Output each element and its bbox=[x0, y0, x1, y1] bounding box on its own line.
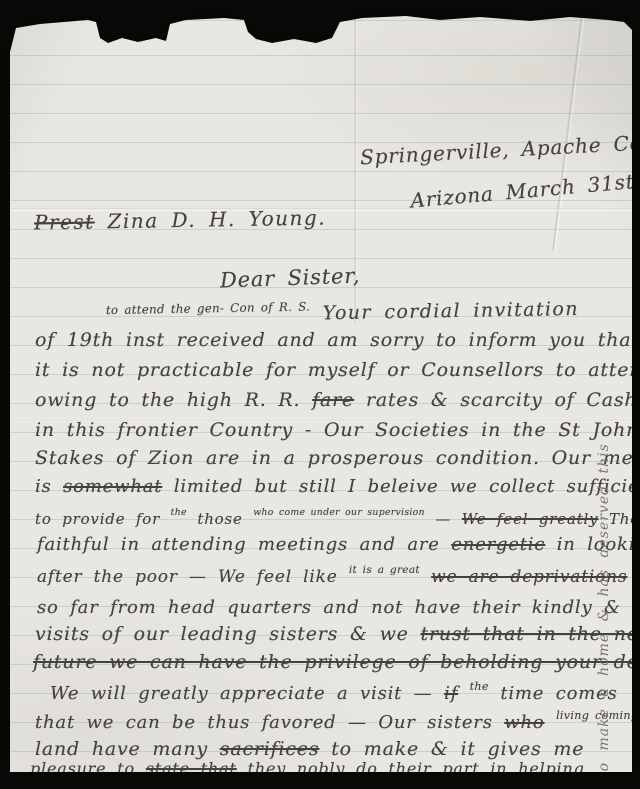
letter-line: it is not practicable for myself or Coun… bbox=[35, 361, 632, 380]
text-segment: fare bbox=[312, 389, 354, 411]
text-segment: state that bbox=[146, 759, 237, 772]
letter-line: after the poor — We feel like it is a gr… bbox=[37, 565, 632, 586]
text-segment: sacrifices bbox=[220, 738, 320, 760]
text-segment: somewhat bbox=[63, 476, 162, 497]
letter-line: land have many sacrifices to make & it g… bbox=[35, 740, 584, 759]
text-segment: time comes bbox=[489, 683, 618, 704]
text-segment: land have many bbox=[35, 738, 220, 760]
letter-line: that we can be thus favored — Our sister… bbox=[35, 710, 632, 732]
text-segment: if bbox=[444, 683, 458, 704]
text-segment: Zina D. H. Young. bbox=[94, 205, 326, 233]
text-segment: in looking bbox=[545, 534, 632, 555]
ruled-lines bbox=[10, 12, 632, 772]
letter-line: visits of our leading sisters & we trust… bbox=[35, 625, 632, 644]
text-segment: We will greatly appreciate a visit — bbox=[50, 683, 444, 704]
text-segment: living coming bbox=[556, 709, 632, 722]
text-segment: those bbox=[187, 510, 253, 528]
text-segment bbox=[545, 712, 557, 733]
text-segment: it is not practicable for myself or Coun… bbox=[35, 359, 632, 381]
text-segment: in this frontier Country - Our Societies… bbox=[35, 419, 632, 441]
vertical-fold-crease bbox=[354, 12, 358, 322]
text-segment: Your cordial invitation bbox=[310, 298, 579, 325]
letter-line: faithful in attending meetings and are e… bbox=[37, 536, 632, 554]
letter-line: Stakes of Zion are in a prosperous condi… bbox=[35, 449, 632, 468]
text-segment: faithful in attending meetings and are bbox=[37, 534, 451, 555]
text-segment: trust that in the near bbox=[421, 623, 632, 645]
text-segment: that we can be thus favored — Our sister… bbox=[35, 712, 504, 733]
letter-line: in this frontier Country - Our Societies… bbox=[35, 421, 632, 440]
text-segment: after the poor — We feel like bbox=[37, 567, 349, 587]
text-segment: energetic bbox=[451, 534, 545, 555]
text-segment: who come under our supervision bbox=[253, 507, 425, 518]
paper-shading bbox=[10, 12, 632, 772]
text-segment: The sisters are as a rule bbox=[598, 510, 632, 528]
letter-line: pleasure to state that they nobly do the… bbox=[30, 761, 585, 772]
text-segment: pleasure to bbox=[30, 759, 146, 772]
letter-paper-wrap: Springerville, Apache CoArizona March 31… bbox=[10, 12, 632, 772]
text-segment: — bbox=[425, 510, 462, 528]
text-segment: visits of our leading sisters & we bbox=[35, 623, 421, 645]
letter-line: Arizona March 31st 1889 bbox=[410, 165, 632, 210]
text-segment: the bbox=[470, 680, 489, 693]
text-segment: is bbox=[35, 476, 63, 497]
text-segment: they nobly do their part in helping bbox=[237, 759, 585, 772]
letter-line: Springerville, Apache Co bbox=[360, 133, 632, 168]
text-segment: owing to the high R. R. bbox=[35, 389, 312, 411]
text-segment: Prest bbox=[34, 209, 95, 234]
letter-line: to attend the gen- Con of R. S. Your cor… bbox=[106, 297, 579, 327]
text-segment: Stakes of Zion are in a prosperous condi… bbox=[35, 447, 632, 469]
letter-line: We will greatly appreciate a visit — if … bbox=[50, 681, 618, 703]
horizontal-fold-crease bbox=[10, 208, 632, 212]
text-segment: to attend the gen- Con of R. S. bbox=[106, 300, 310, 318]
text-segment: limited but still I beleive we collect s… bbox=[162, 476, 632, 497]
margin-vertical-note: to make a home & has deserved this bbox=[596, 273, 616, 772]
text-segment bbox=[420, 567, 431, 587]
text-segment: Dear Sister, bbox=[220, 264, 361, 293]
text-segment: future we can have the privilege of beho… bbox=[33, 651, 632, 673]
text-segment: of 19th inst received and am sorry to in… bbox=[35, 329, 632, 351]
text-segment: rates & scarcity of Cash bbox=[354, 389, 632, 411]
text-segment: Springerville, Apache Co bbox=[360, 131, 632, 170]
text-segment: to provide for bbox=[35, 510, 171, 528]
text-segment: the bbox=[171, 507, 187, 518]
letter-line: of 19th inst received and am sorry to in… bbox=[35, 331, 632, 350]
letter-line: future we can have the privilege of beho… bbox=[33, 653, 632, 672]
text-segment: to live bbox=[627, 567, 632, 587]
text-segment: it is a great bbox=[349, 564, 420, 576]
letter-line: Prest Zina D. H. Young. bbox=[34, 207, 326, 232]
text-segment: We feel greatly bbox=[462, 510, 599, 528]
letter-line: is somewhat limited but still I beleive … bbox=[35, 478, 632, 496]
text-segment bbox=[458, 683, 470, 704]
text-segment: who bbox=[504, 712, 544, 733]
letter-line: so far from head quarters and not have t… bbox=[37, 595, 632, 617]
text-segment: we are deprivations bbox=[431, 567, 627, 587]
letter-line: to provide for the those who come under … bbox=[35, 508, 632, 527]
text-segment: to make & it gives me bbox=[319, 738, 584, 760]
right-fold-crease bbox=[551, 13, 585, 252]
text-segment: so far from head quarters and not have t… bbox=[37, 597, 632, 618]
letter-paper: Springerville, Apache CoArizona March 31… bbox=[10, 12, 632, 772]
letter-line: Dear Sister, bbox=[220, 266, 361, 292]
letter-line: owing to the high R. R. fare rates & sca… bbox=[35, 391, 632, 410]
horizontal-fold-crease-2 bbox=[10, 420, 632, 423]
text-segment: Arizona March 31st 1889 bbox=[410, 163, 632, 212]
